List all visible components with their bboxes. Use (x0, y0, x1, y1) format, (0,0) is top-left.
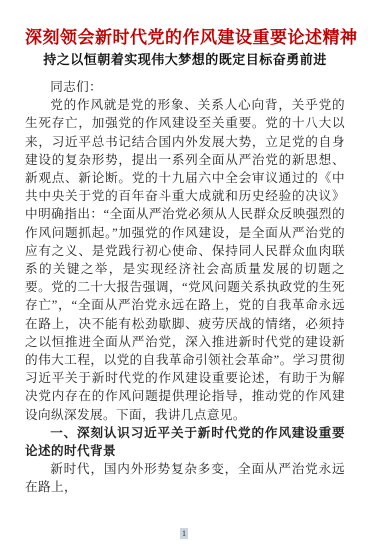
document-page: 深刻领会新时代党的作风建设重要论述精神 持之以恒朝着实现伟大梦想的既定目标奋勇前… (0, 0, 368, 550)
page-footer: 1 (0, 523, 368, 541)
page-number: 1 (180, 528, 188, 539)
body-paragraph-2: 新时代，国内外形势复杂多变，全面从严治党永远在路上， (25, 460, 345, 496)
document-subtitle: 持之以恒朝着实现伟大梦想的既定目标奋勇前进 (25, 51, 345, 68)
salutation: 同志们： (25, 78, 345, 96)
section-heading: 一、深刻认识习近平关于新时代党的作风建设重要论述的时代背景 (25, 424, 345, 460)
body-paragraph: 党的作风就是党的形象、关系人心向背，关乎党的生死存亡，加强党的作风建设至关重要。… (25, 96, 345, 424)
document-title: 深刻领会新时代党的作风建设重要论述精神 (25, 27, 345, 48)
